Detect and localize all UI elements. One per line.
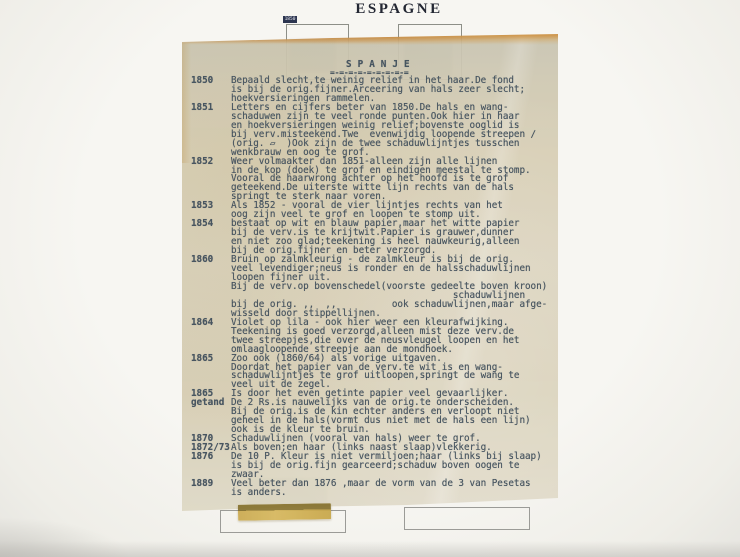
entry-text: De 10 P. Kleur is niet vermiljoen;haar (…	[231, 453, 542, 480]
entry-text: Violet op lila - ook hier weer een kleur…	[231, 319, 519, 355]
year-label-sticker: 1850	[283, 16, 297, 23]
entry-year: 1853	[191, 202, 231, 211]
entry-row: 1865 Zoo ook (1860/64) als vorige uitgav…	[182, 355, 558, 391]
entry-row: 1876 De 10 P. Kleur is niet vermiljoen;h…	[182, 453, 558, 480]
entry-year: 1851	[191, 104, 231, 113]
album-page-title: ESPAGNE	[0, 1, 740, 18]
entry-row: 1850 Bepaald slecht,te weinig relief in …	[182, 77, 558, 104]
entries: 1850 Bepaald slecht,te weinig relief in …	[182, 77, 558, 498]
entry-text: Bepaald slecht,te weinig relief in het h…	[231, 77, 525, 104]
entry-text: Zoo ook (1860/64) als vorige uitgaven. D…	[231, 355, 519, 391]
entry-text: Letters en cijfers beter van 1850.De hal…	[231, 104, 536, 158]
entry-year: 1860	[191, 256, 231, 265]
entry-year: 1876	[191, 453, 231, 462]
translucent-typed-sheet: S P A N J E =-=-=-=-=-=-=-=-= 1850 Bepaa…	[182, 33, 558, 513]
entry-text: Weer volmaakter dan 1851-alleen zijn all…	[231, 158, 531, 203]
stamp-frame-bottom-right	[404, 507, 530, 530]
entry-row: 1851 Letters en cijfers beter van 1850.D…	[182, 104, 558, 158]
tape-stain	[238, 503, 331, 521]
entry-text: Is door het even getinte papier veel gev…	[231, 390, 531, 435]
entry-year: 1865 getand	[191, 390, 231, 408]
entry-year: 1854	[191, 220, 231, 229]
entry-year: 1850	[191, 77, 231, 86]
entry-row: 1865 getand Is door het even getinte pap…	[182, 390, 558, 435]
entry-row: 1852 Weer volmaakter dan 1851-alleen zij…	[182, 158, 558, 203]
entry-row: 1864 Violet op lila - ook hier weer een …	[182, 319, 558, 355]
sheet-top-stain	[182, 33, 558, 45]
entry-row: 1854 bestaat op wit en blauw papier,maar…	[182, 220, 558, 256]
entry-text: Veel beter dan 1876 ,maar de vorm van de…	[231, 480, 531, 498]
entry-row: 1860 Bruin op zalmkleurig - de zalmkleur…	[182, 256, 558, 319]
album-page-photo: ESPAGNE 1850 S P A N J E =-=-=-=-=-=-=-=…	[0, 0, 740, 557]
entry-row: 1889 Veel beter dan 1876 ,maar de vorm v…	[182, 480, 558, 498]
entry-year: 1889	[191, 480, 231, 489]
entry-year: 1864	[191, 319, 231, 328]
entry-year: 1852	[191, 158, 231, 167]
bottom-shadow	[0, 541, 740, 557]
entry-year: 1865	[191, 355, 231, 364]
entry-text: bestaat op wit en blauw papier,maar het …	[231, 220, 519, 256]
entry-text: Bruin op zalmkleurig - de zalmkleur is b…	[231, 256, 547, 319]
